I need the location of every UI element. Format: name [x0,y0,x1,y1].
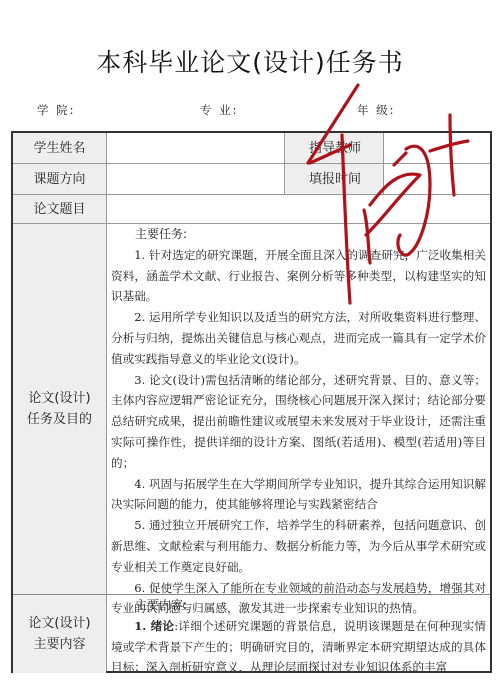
task-item-3: 3. 论文(设计)需包括清晰的绪论部分，述研究背景、目的、意义等；主体内容应逻辑… [111,370,486,474]
college-field: 学 院: [37,102,76,118]
task-item-2: 2. 运用所学专业知识以及适当的研究方法，对所收集资料进行整理、分析与归纳，提炼… [111,307,486,369]
column-divider [284,133,285,194]
major-label: 专 业: [200,103,239,117]
page-title: 本科毕业论文(设计)任务书 [0,43,500,79]
row-divider [13,194,490,195]
grade-field: 年 级: [357,102,396,118]
column-divider [383,133,384,194]
tasks-label-line2: 任务及目的 [27,409,92,430]
thesis-title-value[interactable] [107,195,490,223]
student-name-label: 学生姓名 [13,133,106,163]
main-content: 主要内容: 1. 绪论:详细个述研究课题的背景信息，说明该课题是在何种现实情境或… [107,595,490,671]
task-item-4: 4. 巩固与拓展学生在大学期间所学专业知识，提升其综合运用知识解决实际问题的能力… [111,474,486,516]
content-item-1: 1. 绪论:详细个述研究课题的背景信息，说明该课题是在何种现实情境或学术背景下产… [111,616,486,671]
topic-direction-value[interactable] [107,164,284,194]
fill-date-label: 填报时间 [285,164,383,194]
major-field: 专 业: [200,102,239,118]
row-divider [13,163,490,164]
fill-date-value[interactable] [384,164,490,194]
content-label-line2: 主要内容 [33,634,85,655]
advisor-value[interactable] [384,133,490,163]
tasks-label: 论文(设计) 任务及目的 [13,224,106,594]
task-table: 学生姓名 课题方向 论文题目 论文(设计) 任务及目的 论文(设计) 主要内容 … [11,131,492,673]
advisor-label: 指导教师 [285,133,383,163]
tasks-label-line1: 论文(设计) [28,388,90,409]
student-name-value[interactable] [107,133,284,163]
grade-label: 年 级: [357,103,396,117]
topic-direction-label: 课题方向 [13,164,106,194]
tasks-heading: 主要任务: [111,224,486,245]
thesis-title-label: 论文题目 [13,195,106,223]
content-item-1-title: 1. 绪论 [134,619,174,633]
content-heading: 主要内容: [111,595,486,616]
task-item-1: 1. 针对选定的研究课题，开展全面且深入的调查研究，广泛收集相关资料，涵盖学术文… [111,245,486,307]
college-label: 学 院: [37,103,76,117]
content-label-line1: 论文(设计) [28,613,90,634]
tasks-content: 主要任务: 1. 针对选定的研究课题，开展全面且深入的调查研究，广泛收集相关资料… [107,224,490,594]
task-item-5: 5. 通过独立开展研究工作，培养学生的科研素养，包括问题意识、创新思维、文献检索… [111,515,486,577]
content-label: 论文(设计) 主要内容 [13,595,106,673]
